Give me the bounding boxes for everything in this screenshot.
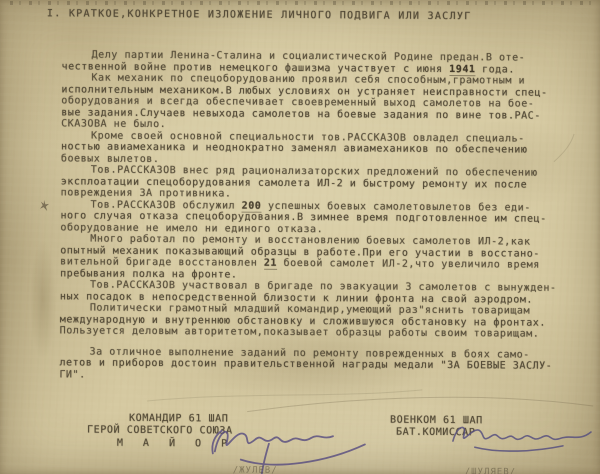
signature-block: КОМАНДИР 61 ШАП ГЕРОЙ СОВЕТСКОГО СОЮЗА М… [0,412,597,416]
typed-name-fragment-right: /ШУЛЯЕВ/ [465,467,516,474]
paragraph: Как механик по спецоборудованию проявил … [61,72,571,133]
paragraph: Тов.РАССКАЗОВ обслужил 200 успешных боев… [60,199,570,237]
commissar-title-line: ВОЕНКОМ 61 ШАП [390,415,483,427]
document-heading: I. КРАТКОЕ,КОНКРЕТНОЕ ИЗЛОЖЕНИЕ ЛИЧНОГО … [47,8,570,23]
paragraph: Кроме своей основной специальности тов.Р… [61,130,571,168]
commander-rank-line: М А Й О Р [117,438,234,450]
commander-title-line: КОМАНДИР 61 ШАП [129,413,234,425]
typed-name-fragment-left: /ЖУЛЕВ/ [233,466,278,474]
document-body: Делу партии Ленина-Сталина и социалистич… [59,49,571,384]
paragraph: Политически грамотный младший командир,у… [60,302,570,340]
text-line: Пользуется деловым авторитетом,показывае… [60,325,570,340]
text-line: ГИ". [59,369,569,384]
paragraph: Много работал по ремонту и восстановлени… [60,233,570,283]
commander-honor-line: ГЕРОЙ СОВЕТСКОГО СОЮЗА [87,424,234,437]
scanned-document-page: I. КРАТКОЕ,КОНКРЕТНОЕ ИЗЛОЖЕНИЕ ЛИЧНОГО … [0,0,600,474]
commissar-rank-line: БАТ.КОМИССАР [396,426,483,438]
signature-block-commissar: ВОЕНКОМ 61 ШАП БАТ.КОМИССАР [390,415,483,439]
signature-block-commander: КОМАНДИР 61 ШАП ГЕРОЙ СОВЕТСКОГО СОЮЗА М… [87,413,234,451]
paragraph: За отличное выполнение заданий по ремонт… [59,346,569,384]
paragraph: Тов.РАССКАЗОВ внес ряд рационализаторски… [61,164,571,202]
